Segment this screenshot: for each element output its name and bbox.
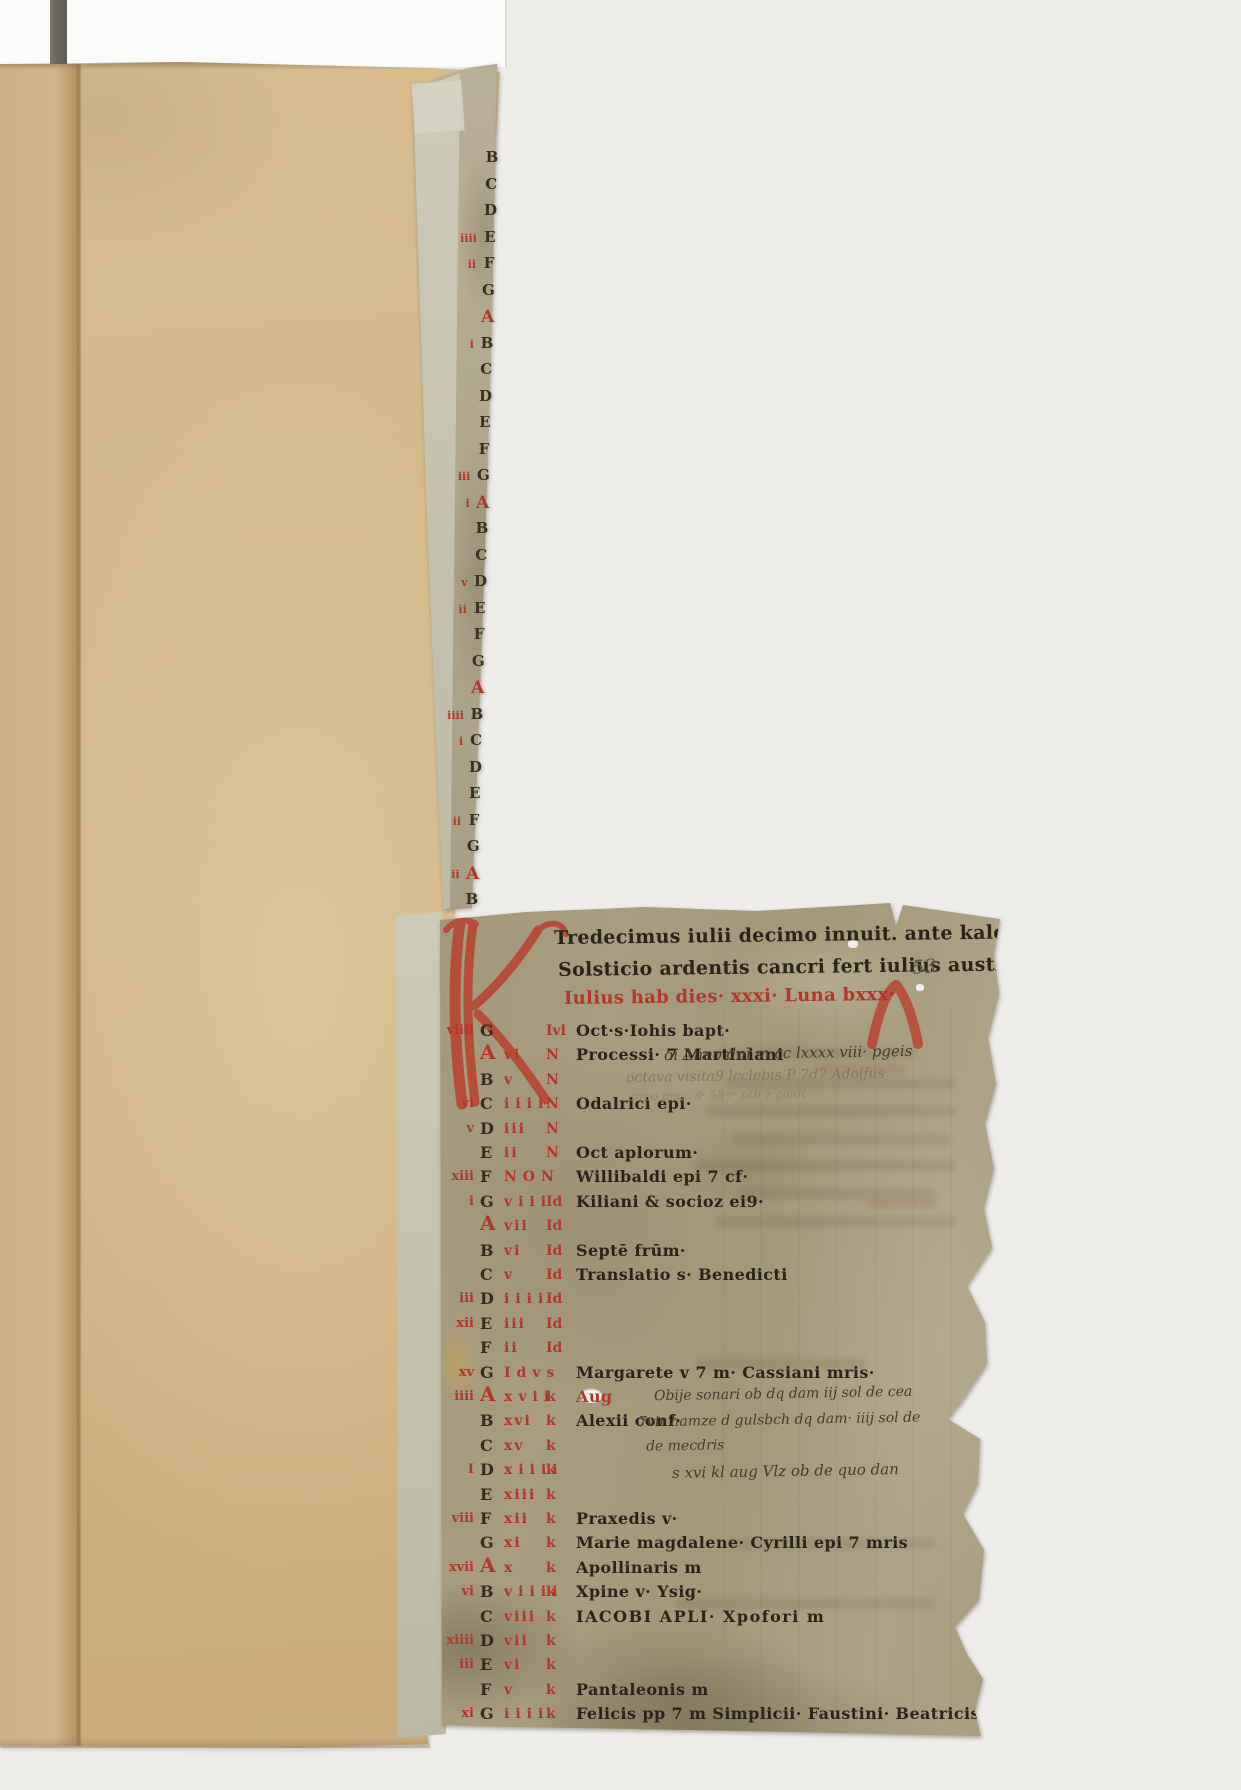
- strip-dominical-letter: D: [481, 203, 501, 218]
- strip-dominical-letter: A: [478, 309, 498, 326]
- feast-entry: Margarete v 7 m· Cassiani mris·: [558, 1362, 875, 1384]
- golden-number: v: [440, 1118, 474, 1140]
- day-numeral: vii: [504, 1630, 546, 1652]
- dominical-letter: B: [480, 1069, 502, 1091]
- dominical-letter: D: [480, 1288, 502, 1310]
- golden-number: vi: [440, 1581, 474, 1603]
- strip-dominical-letter: F: [469, 627, 489, 642]
- book-page-left-fold: [0, 64, 78, 1746]
- day-numeral: ii: [504, 1142, 546, 1164]
- day-numeral: x: [504, 1557, 546, 1579]
- dominical-letter: E: [480, 1142, 502, 1164]
- golden-number: viiii: [440, 1020, 474, 1042]
- calendar-row: xviiAxkApollinaris m: [440, 1557, 1004, 1581]
- calendar-row: viiiFxiikPraxedis v·: [440, 1508, 1004, 1532]
- day-marker: k: [546, 1459, 580, 1481]
- dominical-letter: D: [480, 1118, 502, 1140]
- dominical-letter: G: [480, 1532, 502, 1554]
- calendar-fragment-july: Tredecimus iulii decimo innuit. ante kal…: [396, 898, 1010, 1750]
- dominical-letter: B: [480, 1410, 502, 1432]
- strip-golden-number: ii: [437, 816, 461, 827]
- dominical-letter: F: [480, 1679, 502, 1701]
- golden-number: xvii: [440, 1557, 474, 1579]
- strip-dominical-letter: B: [477, 336, 497, 351]
- strip-dominical-letter: A: [463, 866, 483, 883]
- golden-number: iii: [440, 1288, 474, 1310]
- calendar-row: xiiiiDviik: [440, 1630, 1004, 1654]
- strip-golden-number: i: [439, 736, 463, 747]
- strip-golden-number: iiii: [440, 710, 464, 721]
- calendar-row: CvIdTranslatio s· Benedicti: [440, 1264, 1004, 1288]
- strip-dominical-letter: A: [473, 495, 493, 512]
- day-marker: N: [546, 1118, 580, 1140]
- day-marker: k: [546, 1630, 580, 1652]
- day-numeral: ii: [504, 1337, 546, 1359]
- feast-entry: Kiliani & socioz ei9·: [558, 1191, 764, 1213]
- dominical-letter: G: [480, 1703, 502, 1725]
- page-gutter: [76, 64, 82, 1746]
- feast-entry: Translatio s· Benedicti: [558, 1264, 788, 1286]
- dominical-letter: C: [480, 1435, 502, 1457]
- strip-dominical-letter: E: [465, 786, 485, 801]
- dominical-letter: B: [480, 1240, 502, 1262]
- feast-entry: Xpine v· Ysig·: [558, 1581, 702, 1603]
- feast-entry: Praxedis v·: [558, 1508, 678, 1530]
- folio-number: 53: [911, 955, 937, 979]
- dominical-letter: D: [480, 1630, 502, 1652]
- dominical-letter: G: [480, 1191, 502, 1213]
- calendar-row: GxikMarie magdalene· Cyrilli epi 7 mris: [440, 1532, 1004, 1556]
- day-marker: k: [546, 1435, 580, 1457]
- day-marker: k: [546, 1386, 580, 1408]
- day-numeral: v: [504, 1264, 546, 1286]
- day-marker: Id: [546, 1337, 580, 1359]
- calendar-row: iGviiiIdKiliani & socioz ei9·: [440, 1191, 1004, 1215]
- day-numeral: xi: [504, 1532, 546, 1554]
- strip-dominical-letter: C: [481, 177, 501, 192]
- strip-golden-number: i: [446, 498, 470, 509]
- calendar-row: EiiNOct aplorum·: [440, 1142, 1004, 1166]
- day-numeral: xiii: [504, 1484, 546, 1506]
- dominical-letter: E: [480, 1484, 502, 1506]
- dominical-letter-column: BCDEiiiiFiiGABiCDEFGiiiAiBCDvEiiFGABiiii…: [408, 62, 504, 914]
- dominical-letter: C: [480, 1093, 502, 1115]
- strip-golden-number: v: [443, 577, 467, 588]
- calendar-row: AviiId: [440, 1215, 1004, 1239]
- golden-number: xv: [440, 1362, 474, 1384]
- dominical-letter: A: [480, 1554, 502, 1576]
- strip-dominical-letter: D: [476, 389, 496, 404]
- strip-dominical-letter: C: [471, 548, 491, 563]
- calendar-row: FvkPantaleonis m: [440, 1679, 1004, 1703]
- calendar-row: xiiiFNONWillibaldi epi 7 cf·: [440, 1166, 1004, 1190]
- strip-dominical-letter: G: [463, 839, 483, 854]
- feast-entry: Septē frūm·: [558, 1240, 686, 1262]
- dominical-letter: A: [480, 1212, 502, 1234]
- day-marker: Id: [546, 1215, 580, 1237]
- dominical-letter: G: [480, 1020, 502, 1042]
- golden-number: iiii: [440, 1386, 474, 1408]
- calendar-row: xiGiiiikFelicis pp 7 m Simplicii· Fausti…: [440, 1703, 1004, 1727]
- golden-number: iii: [440, 1654, 474, 1676]
- page-bottom-edge: [0, 1738, 430, 1748]
- strip-dominical-letter: E: [475, 415, 495, 430]
- dominical-letter: G: [480, 1362, 502, 1384]
- golden-number: vi: [440, 1093, 474, 1115]
- strip-dominical-letter: B: [467, 707, 487, 722]
- strip-golden-number: ii: [436, 869, 460, 880]
- dominical-letter: E: [480, 1313, 502, 1335]
- day-marker: N: [546, 1069, 580, 1091]
- calendar-row: BviIdSeptē frūm·: [440, 1240, 1004, 1264]
- golden-number: xiii: [440, 1166, 474, 1188]
- day-marker: Id: [546, 1288, 580, 1310]
- day-numeral: v: [504, 1679, 546, 1701]
- day-numeral: vi: [504, 1240, 546, 1262]
- strip-dominical-letter: D: [465, 760, 485, 775]
- calendar-row: xvGIdvsMargarete v 7 m· Cassiani mris·: [440, 1362, 1004, 1386]
- strip-dominical-letter: F: [474, 442, 494, 457]
- dominical-letter: F: [480, 1166, 502, 1188]
- golden-number: xi: [440, 1703, 474, 1725]
- day-numeral: viii: [504, 1606, 546, 1628]
- strip-dominical-letter: D: [470, 574, 490, 589]
- feast-entry: Willibaldi epi 7 cf·: [558, 1166, 748, 1188]
- calendar-row: FiiId: [440, 1337, 1004, 1361]
- dominical-letter: A: [480, 1383, 502, 1405]
- day-numeral: xii: [504, 1508, 546, 1530]
- calendar-row: Exiiik: [440, 1484, 1004, 1508]
- verse-line-2: Solsticio ardentis cancri fert iulius au…: [558, 953, 1047, 981]
- day-marker: k: [546, 1484, 580, 1506]
- backing-sheet: [0, 0, 507, 67]
- feast-entry: Apollinaris m: [558, 1557, 702, 1579]
- calendar-row: viBviiiikXpine v· Ysig·: [440, 1581, 1004, 1605]
- fragment-parchment: Tredecimus iulii decimo innuit. ante kal…: [396, 898, 1010, 1750]
- golden-number: viii: [440, 1508, 474, 1530]
- strip-golden-number: ii: [452, 259, 476, 270]
- month-rubric: Iulius hab dies· xxxi· Luna bxxx·: [564, 984, 895, 1009]
- strip-golden-number: iiii: [453, 233, 477, 244]
- strip-dominical-letter: F: [464, 813, 484, 828]
- photo-backdrop: BCDEiiiiFiiGABiCDEFGiiiAiBCDvEiiFGABiiii…: [0, 0, 1241, 1790]
- calendar-row: xiiEiiiId: [440, 1313, 1004, 1337]
- dominical-letter: F: [480, 1337, 502, 1359]
- golden-number: i: [440, 1191, 474, 1213]
- strip-dominical-letter: A: [468, 680, 488, 697]
- dominical-letter: F: [480, 1508, 502, 1530]
- calendar-row: viiiiGIvlOct·s·Iohis bapt·: [440, 1020, 1004, 1044]
- day-numeral: xvi: [504, 1410, 546, 1432]
- dominical-letter: C: [480, 1606, 502, 1628]
- strip-golden-number: i: [450, 339, 474, 350]
- calendar-row: CviiikIACOBI APLI· Xpofori m: [440, 1606, 1004, 1630]
- feast-entry: IACOBI APLI· Xpofori m: [558, 1606, 825, 1628]
- feast-entry: Marie magdalene· Cyrilli epi 7 mris: [558, 1532, 908, 1554]
- day-marker: k: [546, 1654, 580, 1676]
- strip-dominical-letter: G: [478, 283, 498, 298]
- scan-reference-bar: [50, 0, 67, 64]
- dominical-letter: C: [480, 1264, 502, 1286]
- calendar-row: iiiDiiiiId: [440, 1288, 1004, 1312]
- strip-dominical-letter: E: [480, 230, 500, 245]
- dominical-letter: B: [480, 1581, 502, 1603]
- strip-dominical-letter: G: [473, 468, 493, 483]
- feast-entry: Pantaleonis m: [558, 1679, 709, 1701]
- day-numeral: iii: [504, 1118, 546, 1140]
- strip-dominical-letter: E: [470, 601, 490, 616]
- marginal-note: de mecdris: [646, 1437, 725, 1454]
- feast-rubric: Aug: [576, 1386, 612, 1408]
- strip-dominical-letter: F: [479, 256, 499, 271]
- strip-dominical-letter: G: [468, 654, 488, 669]
- day-numeral: vi: [504, 1654, 546, 1676]
- verse-line-1: Tredecimus iulii decimo innuit. ante kal…: [554, 921, 1057, 949]
- dominical-letter: D: [480, 1459, 502, 1481]
- calendar-row: iiiEvik: [440, 1654, 1004, 1678]
- strip-dominical-letter: C: [466, 733, 486, 748]
- feast-entry: Felicis pp 7 m Simplicii· Faustini· Beat…: [558, 1703, 980, 1725]
- day-numeral: v: [504, 1069, 546, 1091]
- strip-dominical-letter: B: [482, 150, 502, 165]
- dominical-letter: E: [480, 1654, 502, 1676]
- golden-number: xii: [440, 1313, 474, 1335]
- feast-entry: Oct·s·Iohis bapt·: [558, 1020, 730, 1042]
- day-marker: Id: [546, 1313, 580, 1335]
- day-numeral: vii: [504, 1215, 546, 1237]
- day-numeral: xv: [504, 1435, 546, 1457]
- strip-dominical-letter: C: [476, 362, 496, 377]
- day-numeral: vi: [504, 1044, 546, 1066]
- strip-golden-number: ii: [443, 604, 467, 615]
- day-numeral: iii: [504, 1313, 546, 1335]
- feast-entry: Oct aplorum·: [558, 1142, 698, 1164]
- golden-number: I: [440, 1459, 474, 1481]
- dominical-letter: A: [480, 1041, 502, 1063]
- calendar-row: vDiiiN: [440, 1118, 1004, 1142]
- strip-dominical-letter: B: [472, 521, 492, 536]
- calendar-strip: BCDEiiiiFiiGABiCDEFGiiiAiBCDvEiiFGABiiii…: [408, 62, 504, 914]
- strip-golden-number: iii: [446, 471, 470, 482]
- golden-number: xiiii: [440, 1630, 474, 1652]
